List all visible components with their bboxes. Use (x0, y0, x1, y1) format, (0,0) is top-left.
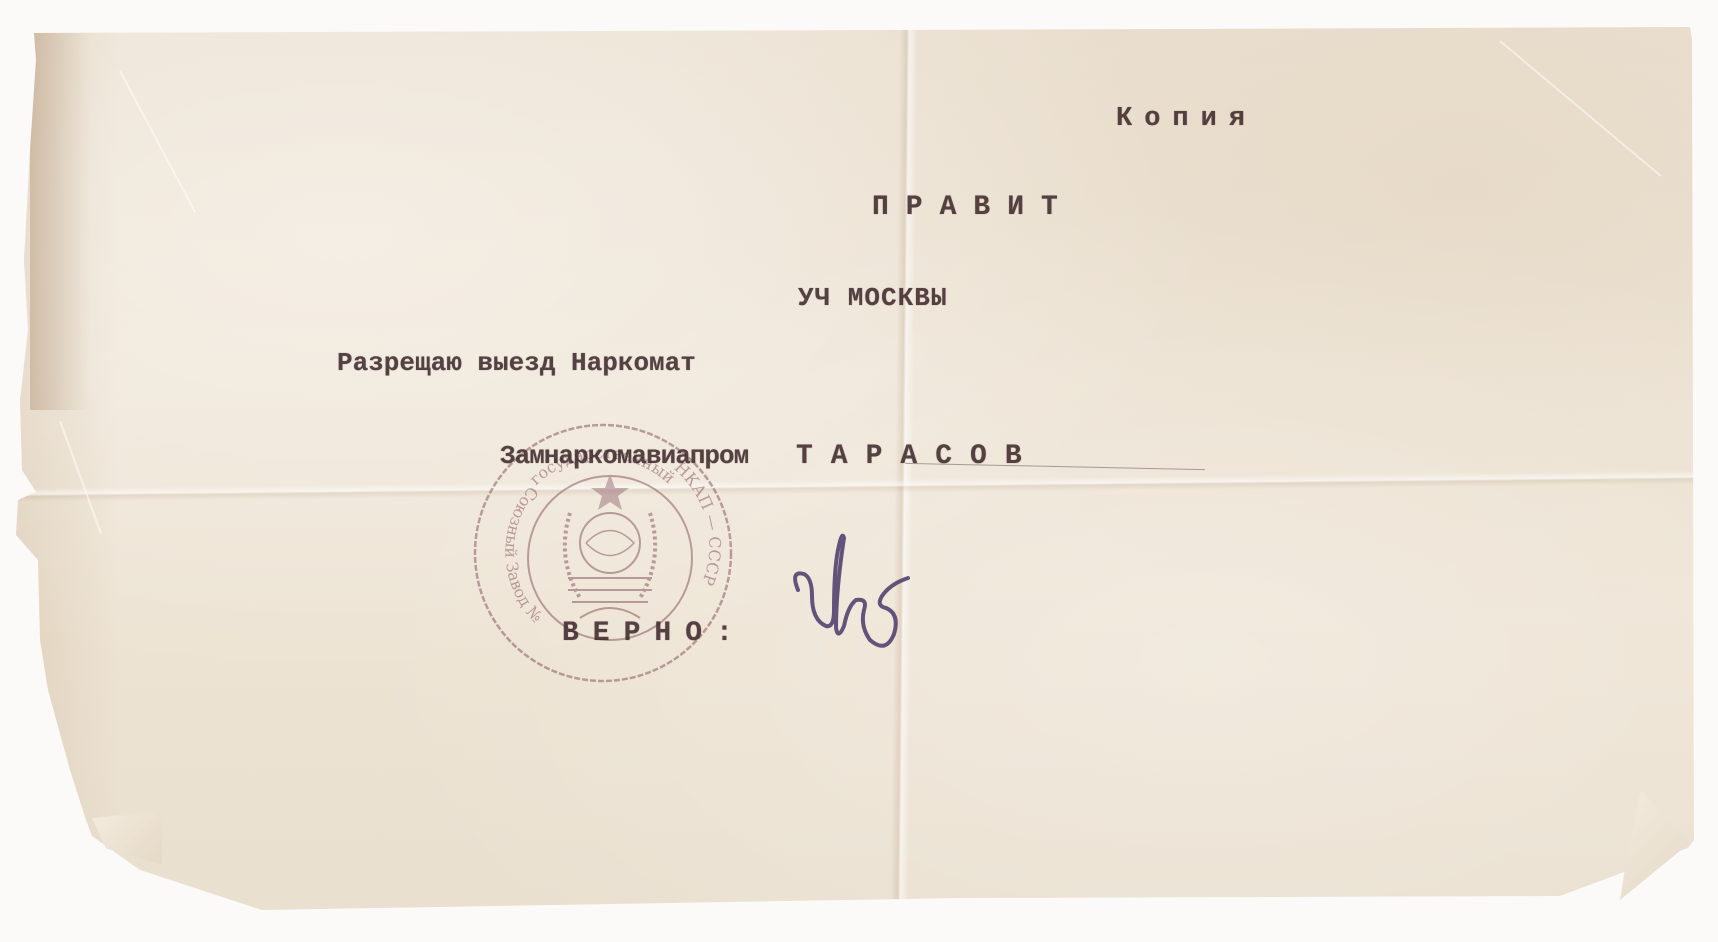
svg-text:НКАП — СССР: НКАП — СССР (671, 458, 725, 589)
signer-name: ТАРАСОВ (796, 441, 1040, 472)
crease (1499, 40, 1661, 177)
document-title: ПРАВИТ (872, 192, 1075, 223)
certified-label: ВЕРНО: (562, 618, 747, 649)
recipient-line: УЧ МОСКВЫ (798, 283, 947, 313)
handwritten-signature-icon (790, 530, 910, 660)
edge-stain (30, 30, 90, 410)
body-text: Разрещаю выезд Наркомат (337, 348, 696, 378)
scanned-document: государственный Союзный Завод № НКАП — С… (0, 0, 1718, 942)
signer-role: Замнаркомавиапром (500, 441, 748, 471)
crease (119, 71, 196, 213)
crease (59, 421, 102, 534)
horizontal-fold (20, 470, 1700, 502)
copy-label: Копия (1116, 104, 1257, 134)
svg-text:Союзный Завод №: Союзный Завод № (501, 483, 546, 626)
